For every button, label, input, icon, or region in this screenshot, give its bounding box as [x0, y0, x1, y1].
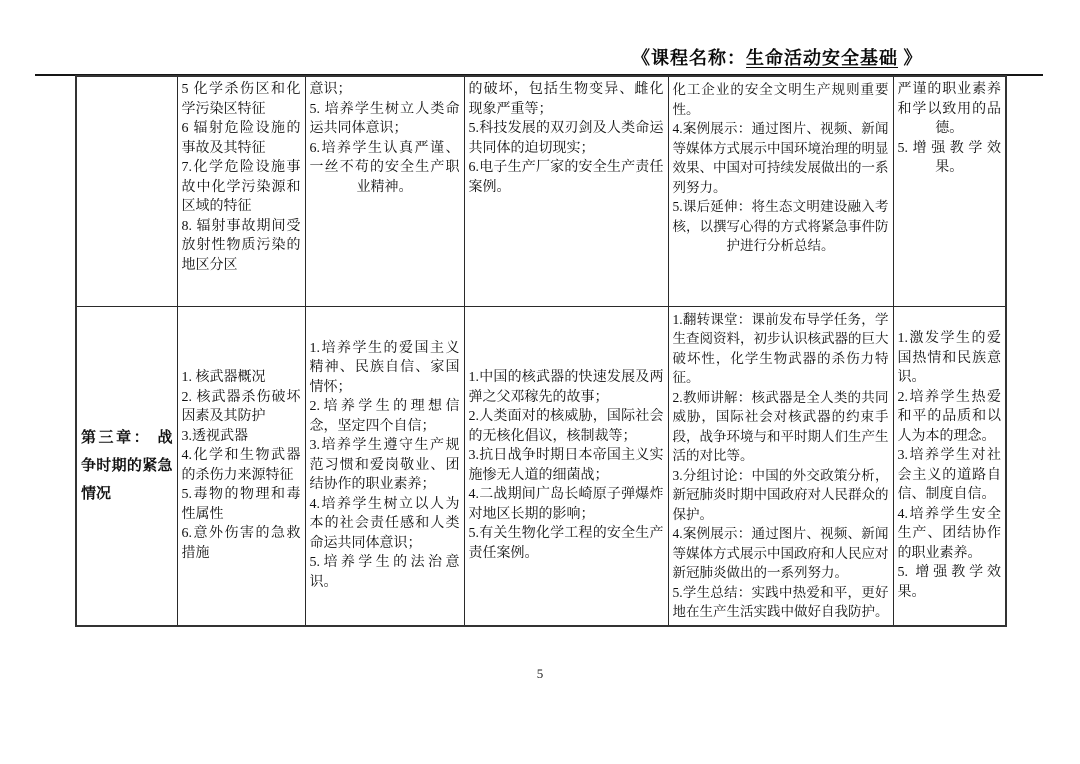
row-chapter3: 第三章： 战争时期的紧急情况1. 核武器概况2. 核武器杀伤破坏因素及其防护3.…	[76, 306, 1006, 626]
cell-paragraph: 2.教师讲解：核武器是全人类的共同威胁，国际社会对核武器的约束手段，战争环境与和…	[673, 388, 889, 466]
cell-paragraph: 4.培养学生树立以人为本的社会责任感和人类命运共同体意识；	[310, 495, 460, 554]
cell-paragraph: 3.透视武器	[182, 427, 301, 447]
effect-cell: 1.激发学生的爱国热情和民族意识。2.培养学生热爱和平的品质和以人为本的理念。3…	[893, 306, 1006, 626]
cell-paragraph: 5.毒物的物理和毒性属性	[182, 485, 301, 524]
document-page: 《课程名称：生命活动安全基础 》 5 化学杀伤区和化学污染区特征6 辐射危险设施…	[0, 0, 1080, 764]
method-cell: 1.翻转课堂：课前发布导学任务，学生查阅资料，初步认识核武器的巨大破坏性，化学生…	[668, 306, 893, 626]
cell-paragraph: 化工企业的安全文明生产规则重要性。	[673, 80, 889, 119]
cell-paragraph: 3.培养学生遵守生产规范习惯和爱岗敬业、团结协作的职业素养；	[310, 436, 460, 495]
cell-paragraph: 5. 培养学生树立人类命运共同体意识；	[310, 100, 460, 139]
cell-paragraph: 5.有关生物化学工程的安全生产责任案例。	[469, 524, 664, 563]
method-cell: 化工企业的安全文明生产规则重要性。4.案例展示：通过图片、视频、新闻等媒体方式展…	[668, 76, 893, 306]
cell-paragraph: 1.激发学生的爱国热情和民族意识。	[898, 329, 1002, 388]
cell-paragraph: 1. 核武器概况	[182, 368, 301, 388]
course-title-prefix: 《课程名称：	[632, 48, 746, 68]
cell-paragraph: 5.学生总结：实践中热爱和平，更好地在生产生活实践中做好自我防护。	[673, 583, 889, 622]
cell-paragraph: 第三章： 战争时期的紧急情况	[81, 424, 173, 508]
cell-paragraph: 5.科技发展的双刃剑及人类命运共同体的迫切现实；	[469, 119, 664, 158]
cell-paragraph: 6.培养学生认真严谨、一丝不苟的安全生产职业精神。	[310, 139, 460, 198]
cell-paragraph: 意识；	[310, 80, 460, 100]
case-cell: 1.中国的核武器的快速发展及两弹之父邓稼先的故事；2.人类面对的核威胁，国际社会…	[464, 306, 668, 626]
cell-paragraph: 4.案例展示：通过图片、视频、新闻等媒体方式展示中国环境治理的明显效果、中国对可…	[673, 119, 889, 197]
cell-paragraph: 3.抗日战争时期日本帝国主义实施惨无人道的细菌战；	[469, 446, 664, 485]
course-title-suffix: 》	[898, 48, 923, 68]
cell-paragraph: 1.培养学生的爱国主义精神、民族自信、家国情怀；	[310, 339, 460, 398]
cell-paragraph: 6.电子生产厂家的安全生产责任案例。	[469, 158, 664, 197]
row-chapter2-continued: 5 化学杀伤区和化学污染区特征6 辐射危险设施的事故及其特征7.化学危险设施事故…	[76, 76, 1006, 306]
content-cell: 1. 核武器概况2. 核武器杀伤破坏因素及其防护3.透视武器4.化学和生物武器的…	[177, 306, 305, 626]
cell-paragraph: 8. 辐射事故期间受放射性物质污染的地区分区	[182, 217, 301, 276]
chapter-cell: 第三章： 战争时期的紧急情况	[76, 306, 177, 626]
syllabus-table: 5 化学杀伤区和化学污染区特征6 辐射危险设施的事故及其特征7.化学危险设施事故…	[75, 75, 1007, 627]
cell-paragraph: 6 辐射危险设施的事故及其特征	[182, 119, 301, 158]
cell-paragraph: 2.人类面对的核威胁，国际社会的无核化倡议，核制裁等；	[469, 407, 664, 446]
effect-cell: 严谨的职业素养和学以致用的品德。5.增强教学效果。	[893, 76, 1006, 306]
content-cell: 5 化学杀伤区和化学污染区特征6 辐射危险设施的事故及其特征7.化学危险设施事故…	[177, 76, 305, 306]
cell-paragraph: 1.中国的核武器的快速发展及两弹之父邓稼先的故事；	[469, 368, 664, 407]
cell-paragraph: 2.培养学生热爱和平的品质和以人为本的理念。	[898, 388, 1002, 447]
cell-paragraph: 7.化学危险设施事故中化学污染源和区域的特征	[182, 158, 301, 217]
cell-paragraph: 4.化学和生物武器的杀伤力来源特征	[182, 446, 301, 485]
cell-paragraph: 6.意外伤害的急救措施	[182, 524, 301, 563]
course-title-name: 生命活动安全基础	[746, 48, 898, 68]
cell-paragraph: 5.增强教学效果。	[898, 139, 1002, 178]
cell-paragraph: 4.培养学生安全生产、团结协作的职业素养。	[898, 505, 1002, 564]
cell-paragraph: 5 化学杀伤区和化学污染区特征	[182, 80, 301, 119]
cell-paragraph: 2. 核武器杀伤破坏因素及其防护	[182, 388, 301, 427]
objective-cell: 1.培养学生的爱国主义精神、民族自信、家国情怀；2.培养学生的理想信念，坚定四个…	[305, 306, 464, 626]
cell-paragraph: 3.分组讨论：中国的外交政策分析，新冠肺炎时期中国政府对人民群众的保护。	[673, 466, 889, 525]
cell-paragraph: 4.案例展示：通过图片、视频、新闻等媒体方式展示中国政府和人民应对新冠肺炎做出的…	[673, 524, 889, 583]
cell-paragraph: 2.培养学生的理想信念，坚定四个自信；	[310, 397, 460, 436]
chapter-cell	[76, 76, 177, 306]
cell-paragraph: 3.培养学生对社会主义的道路自信、制度自信。	[898, 446, 1002, 505]
page-number: 5	[0, 666, 1080, 682]
cell-paragraph: 的破坏，包括生物变异、雌化现象严重等；	[469, 80, 664, 119]
case-cell: 的破坏，包括生物变异、雌化现象严重等；5.科技发展的双刃剑及人类命运共同体的迫切…	[464, 76, 668, 306]
objective-cell: 意识；5. 培养学生树立人类命运共同体意识；6.培养学生认真严谨、一丝不苟的安全…	[305, 76, 464, 306]
cell-paragraph: 严谨的职业素养和学以致用的品德。	[898, 80, 1002, 139]
cell-paragraph: 5. 增强教学效果。	[898, 563, 1002, 602]
cell-paragraph: 4.二战期间广岛长崎原子弹爆炸对地区长期的影响；	[469, 485, 664, 524]
course-title: 《课程名称：生命活动安全基础 》	[632, 44, 923, 70]
cell-paragraph: 5.课后延伸：将生态文明建设融入考核，以撰写心得的方式将紧急事件防护进行分析总结…	[673, 197, 889, 256]
cell-paragraph: 1.翻转课堂：课前发布导学任务，学生查阅资料，初步认识核武器的巨大破坏性，化学生…	[673, 310, 889, 388]
cell-paragraph: 5.培养学生的法治意识。	[310, 553, 460, 592]
